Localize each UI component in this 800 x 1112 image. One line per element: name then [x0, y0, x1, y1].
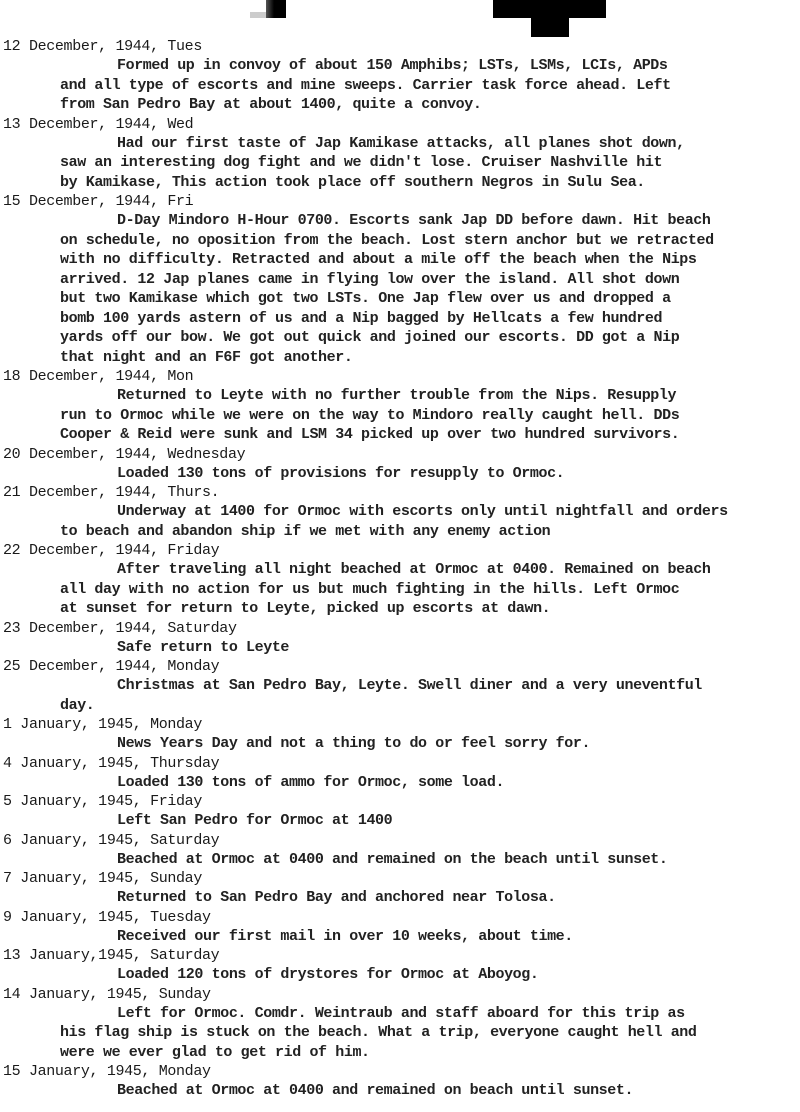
entry-line: that night and an F6F got another.	[60, 348, 800, 368]
diary-entry: 14 January, 1945, SundayLeft for Ormoc. …	[3, 985, 800, 1063]
entry-line: by Kamikase, This action took place off …	[60, 173, 800, 193]
scan-artifact	[250, 12, 266, 18]
diary-entry: 13 January,1945, SaturdayLoaded 120 tons…	[3, 946, 800, 985]
entry-line: but two Kamikase which got two LSTs. One…	[60, 289, 800, 309]
entry-text: Left San Pedro for Ormoc at 1400	[3, 811, 800, 831]
diary-entry: 1 January, 1945, MondayNews Years Day an…	[3, 715, 800, 754]
entry-line: Safe return to Leyte	[60, 638, 800, 658]
diary-entry: 25 December, 1944, MondayChristmas at Sa…	[3, 657, 800, 715]
entry-date: 23 December, 1944, Saturday	[3, 619, 800, 638]
entry-text: Returned to Leyte with no further troubl…	[3, 386, 800, 445]
diary-entry: 7 January, 1945, SundayReturned to San P…	[3, 869, 800, 908]
entry-date: 5 January, 1945, Friday	[3, 792, 800, 811]
entry-line: Cooper & Reid were sunk and LSM 34 picke…	[60, 425, 800, 445]
entry-date: 13 December, 1944, Wed	[3, 115, 800, 134]
entry-line: Formed up in convoy of about 150 Amphibs…	[60, 56, 800, 76]
diary-entry: 22 December, 1944, FridayAfter traveling…	[3, 541, 800, 619]
diary-entry: 23 December, 1944, SaturdaySafe return t…	[3, 619, 800, 658]
entry-line: Loaded 120 tons of drystores for Ormoc a…	[60, 965, 800, 985]
entry-date: 18 December, 1944, Mon	[3, 367, 800, 386]
diary-entry: 9 January, 1945, TuesdayReceived our fir…	[3, 908, 800, 947]
entry-line: News Years Day and not a thing to do or …	[60, 734, 800, 754]
entry-line: to beach and abandon ship if we met with…	[60, 522, 800, 542]
entry-line: Had our first taste of Jap Kamikase atta…	[60, 134, 800, 154]
entry-text: Loaded 120 tons of drystores for Ormoc a…	[3, 965, 800, 985]
diary-entry: 15 January, 1945, MondayBeached at Ormoc…	[3, 1062, 800, 1101]
entry-text: Loaded 130 tons of provisions for resupp…	[3, 464, 800, 484]
binder-hole-artifact	[531, 18, 569, 37]
entry-text: After traveling all night beached at Orm…	[3, 560, 800, 619]
entry-line: Beached at Ormoc at 0400 and remained on…	[60, 850, 800, 870]
entry-line: from San Pedro Bay at about 1400, quite …	[60, 95, 800, 115]
entry-line: Loaded 130 tons of provisions for resupp…	[60, 464, 800, 484]
entry-line: arrived. 12 Jap planes came in flying lo…	[60, 270, 800, 290]
entry-date: 13 January,1945, Saturday	[3, 946, 800, 965]
diary-entry: 12 December, 1944, TuesFormed up in conv…	[3, 37, 800, 115]
entry-line: Left San Pedro for Ormoc at 1400	[60, 811, 800, 831]
entry-text: Had our first taste of Jap Kamikase atta…	[3, 134, 800, 193]
entry-date: 12 December, 1944, Tues	[3, 37, 800, 56]
entry-line: run to Ormoc while we were on the way to…	[60, 406, 800, 426]
entry-text: Loaded 130 tons of ammo for Ormoc, some …	[3, 773, 800, 793]
entry-line: Returned to Leyte with no further troubl…	[60, 386, 800, 406]
entry-text: Underway at 1400 for Ormoc with escorts …	[3, 502, 800, 541]
entry-text: News Years Day and not a thing to do or …	[3, 734, 800, 754]
diary-entry: 15 December, 1944, FriD-Day Mindoro H-Ho…	[3, 192, 800, 367]
diary-entry: 18 December, 1944, MonReturned to Leyte …	[3, 367, 800, 445]
entry-line: Beached at Ormoc at 0400 and remained on…	[60, 1081, 800, 1101]
entry-date: 7 January, 1945, Sunday	[3, 869, 800, 888]
entry-line: saw an interesting dog fight and we didn…	[60, 153, 800, 173]
entry-date: 14 January, 1945, Sunday	[3, 985, 800, 1004]
entry-line: Loaded 130 tons of ammo for Ormoc, some …	[60, 773, 800, 793]
entry-line: yards off our bow. We got out quick and …	[60, 328, 800, 348]
diary-entry: 6 January, 1945, SaturdayBeached at Ormo…	[3, 831, 800, 870]
entry-line: D-Day Mindoro H-Hour 0700. Escorts sank …	[60, 211, 800, 231]
binder-hole-artifact	[493, 0, 606, 18]
scan-artifact	[266, 0, 286, 18]
entry-date: 25 December, 1944, Monday	[3, 657, 800, 676]
entry-line: were we ever glad to get rid of him.	[60, 1043, 800, 1063]
entry-line: Received our first mail in over 10 weeks…	[60, 927, 800, 947]
entry-line: on schedule, no oposition from the beach…	[60, 231, 800, 251]
entry-date: 6 January, 1945, Saturday	[3, 831, 800, 850]
diary-entry: 5 January, 1945, FridayLeft San Pedro fo…	[3, 792, 800, 831]
entry-line: with no difficulty. Retracted and about …	[60, 250, 800, 270]
diary-page: 12 December, 1944, TuesFormed up in conv…	[3, 37, 800, 1101]
entry-text: Received our first mail in over 10 weeks…	[3, 927, 800, 947]
entry-line: Christmas at San Pedro Bay, Leyte. Swell…	[60, 676, 800, 696]
entry-text: Safe return to Leyte	[3, 638, 800, 658]
entry-date: 15 January, 1945, Monday	[3, 1062, 800, 1081]
entry-date: 15 December, 1944, Fri	[3, 192, 800, 211]
entry-text: Formed up in convoy of about 150 Amphibs…	[3, 56, 800, 115]
entry-text: Christmas at San Pedro Bay, Leyte. Swell…	[3, 676, 800, 715]
entry-text: Beached at Ormoc at 0400 and remained on…	[3, 1081, 800, 1101]
entry-text: Returned to San Pedro Bay and anchored n…	[3, 888, 800, 908]
entry-line: Returned to San Pedro Bay and anchored n…	[60, 888, 800, 908]
diary-entry: 20 December, 1944, WednesdayLoaded 130 t…	[3, 445, 800, 484]
entry-date: 9 January, 1945, Tuesday	[3, 908, 800, 927]
entry-line: all day with no action for us but much f…	[60, 580, 800, 600]
entry-text: D-Day Mindoro H-Hour 0700. Escorts sank …	[3, 211, 800, 367]
entry-date: 20 December, 1944, Wednesday	[3, 445, 800, 464]
entry-line: at sunset for return to Leyte, picked up…	[60, 599, 800, 619]
entry-line: After traveling all night beached at Orm…	[60, 560, 800, 580]
entry-line: Left for Ormoc. Comdr. Weintraub and sta…	[60, 1004, 800, 1024]
entry-line: his flag ship is stuck on the beach. Wha…	[60, 1023, 800, 1043]
diary-entry: 21 December, 1944, Thurs.Underway at 140…	[3, 483, 800, 541]
entry-line: and all type of escorts and mine sweeps.…	[60, 76, 800, 96]
entry-line: day.	[60, 696, 800, 716]
entry-text: Left for Ormoc. Comdr. Weintraub and sta…	[3, 1004, 800, 1063]
diary-entry: 13 December, 1944, WedHad our first tast…	[3, 115, 800, 193]
entry-date: 1 January, 1945, Monday	[3, 715, 800, 734]
entry-date: 22 December, 1944, Friday	[3, 541, 800, 560]
entry-date: 21 December, 1944, Thurs.	[3, 483, 800, 502]
entry-date: 4 January, 1945, Thursday	[3, 754, 800, 773]
entry-line: Underway at 1400 for Ormoc with escorts …	[60, 502, 800, 522]
entry-line: bomb 100 yards astern of us and a Nip ba…	[60, 309, 800, 329]
diary-entry: 4 January, 1945, ThursdayLoaded 130 tons…	[3, 754, 800, 793]
entry-text: Beached at Ormoc at 0400 and remained on…	[3, 850, 800, 870]
